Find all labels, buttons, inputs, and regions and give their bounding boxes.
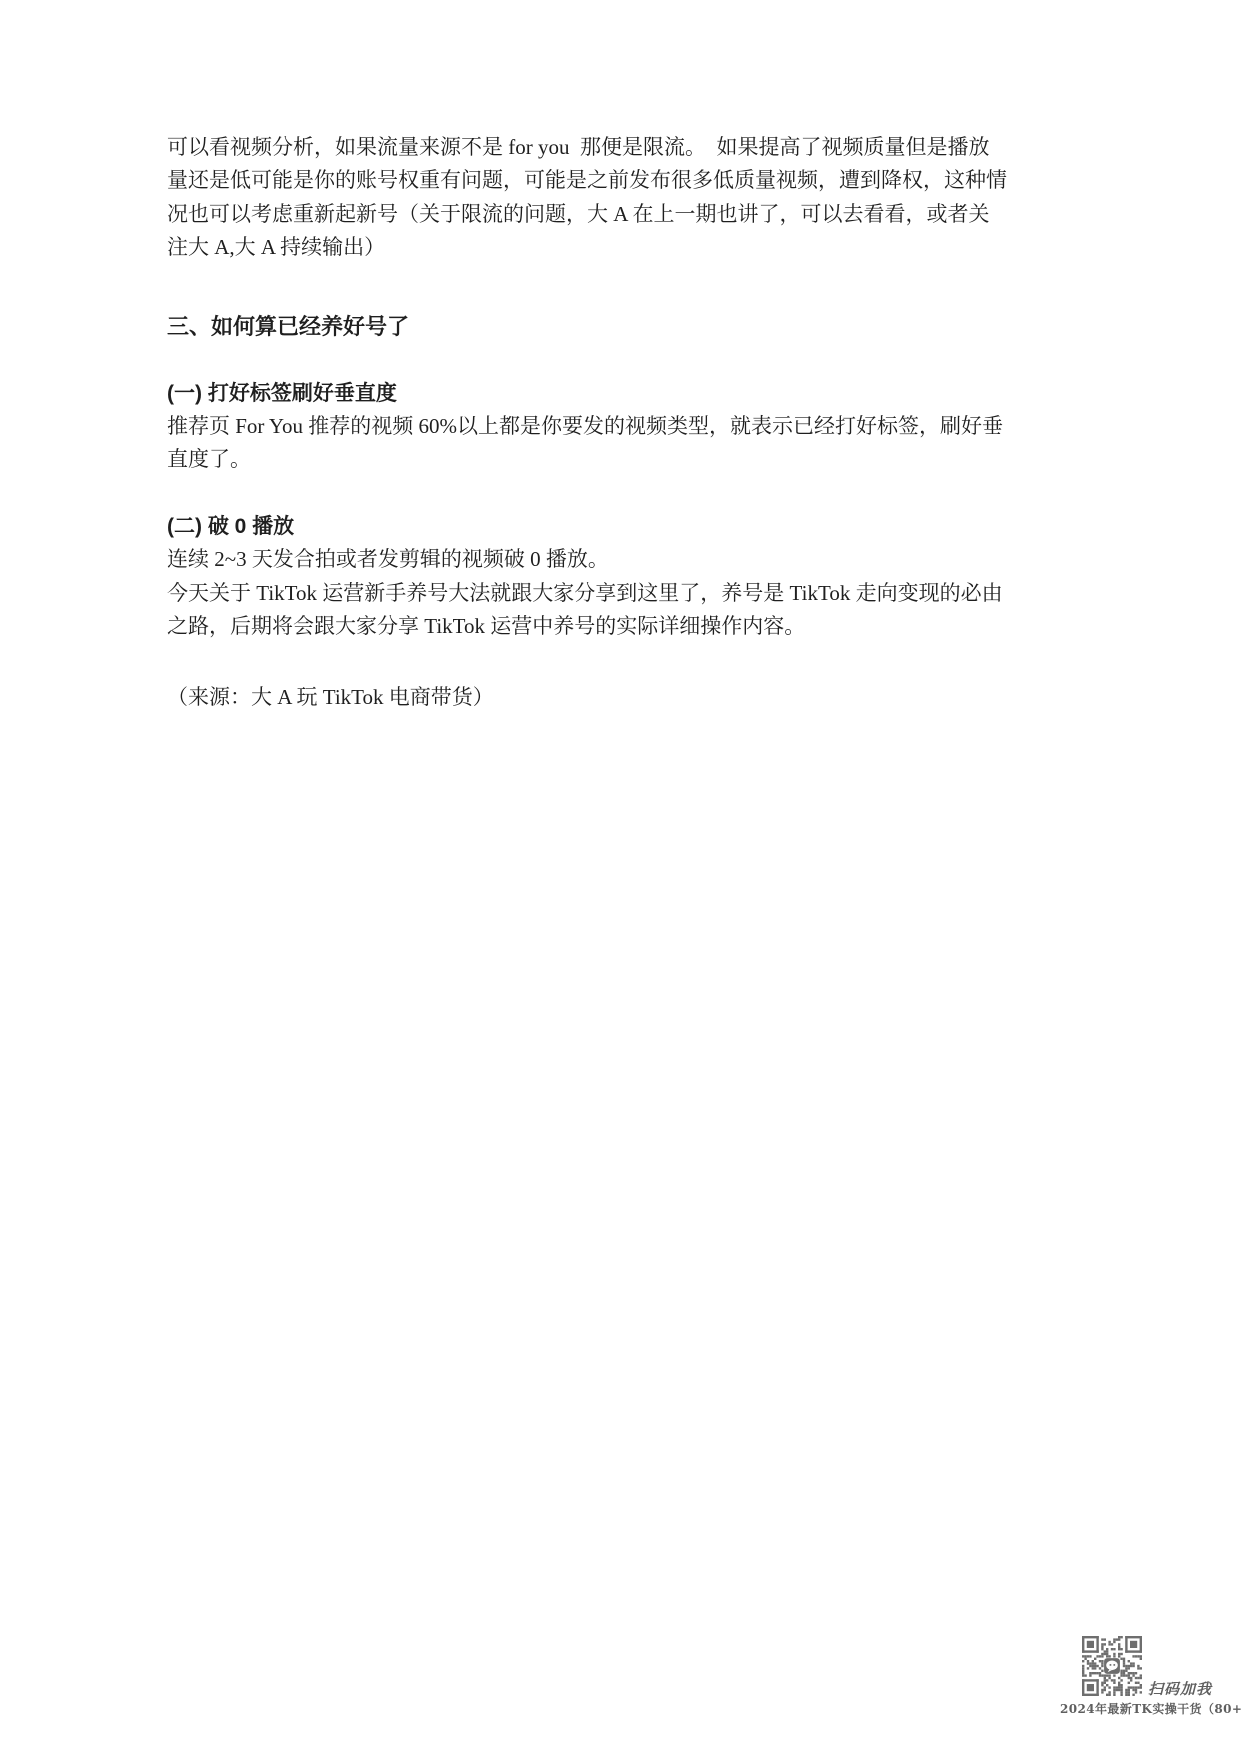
subsection-1-heading: (一) 打好标签刷好垂直度 — [167, 377, 977, 410]
paragraph-traffic-analysis: 可以看视频分析，如果流量来源不是 for you 那便是限流。 如果提高了视频质… — [167, 131, 977, 265]
text-line: 之路，后期将会跟大家分享 TikTok 运营中养号的实际详细操作内容。 — [167, 610, 977, 643]
subsection-2-heading: (二) 破 0 播放 — [167, 510, 977, 543]
paragraph-for-you-tags: 推荐页 For You 推荐的视频 60%以上都是你要发的视频类型，就表示已经打… — [167, 410, 977, 477]
text-line: 可以看视频分析，如果流量来源不是 for you 那便是限流。 如果提高了视频质… — [167, 131, 977, 164]
text-line: 推荐页 For You 推荐的视频 60%以上都是你要发的视频类型，就表示已经打… — [167, 410, 977, 443]
text-line: 量还是低可能是你的账号权重有问题，可能是之前发布很多低质量视频，遭到降权，这种情 — [167, 164, 977, 197]
text-line: 今天关于 TikTok 运营新手养号大法就跟大家分享到这里了，养号是 TikTo… — [167, 577, 977, 610]
text-line: 注大 A,大 A 持续输出） — [167, 231, 977, 264]
document-page: 可以看视频分析，如果流量来源不是 for you 那便是限流。 如果提高了视频质… — [0, 0, 1241, 1754]
section-heading-3: 三、如何算已经养好号了 — [167, 310, 977, 343]
wechat-qr-code-icon — [1082, 1636, 1142, 1696]
paragraph-zero-play: 连续 2~3 天发合拍或者发剪辑的视频破 0 播放。今天关于 TikTok 运营… — [167, 543, 977, 643]
document-body: 可以看视频分析，如果流量来源不是 for you 那便是限流。 如果提高了视频质… — [167, 131, 977, 714]
qr-subcaption: 2024年最新TK实操干货（80+份） — [1060, 1700, 1241, 1717]
text-line: 况也可以考虑重新起新号（关于限流的问题，大 A 在上一期也讲了，可以去看看，或者… — [167, 198, 977, 231]
text-line: 连续 2~3 天发合拍或者发剪辑的视频破 0 播放。 — [167, 543, 977, 576]
text-line: 直度了。 — [167, 443, 977, 476]
source-attribution: （来源：大 A 玩 TikTok 电商带货） — [167, 681, 977, 714]
qr-caption: 扫码加我 — [1148, 1678, 1212, 1699]
qr-footer: 扫码加我 2024年最新TK实操干货（80+份） — [1058, 1634, 1238, 1724]
